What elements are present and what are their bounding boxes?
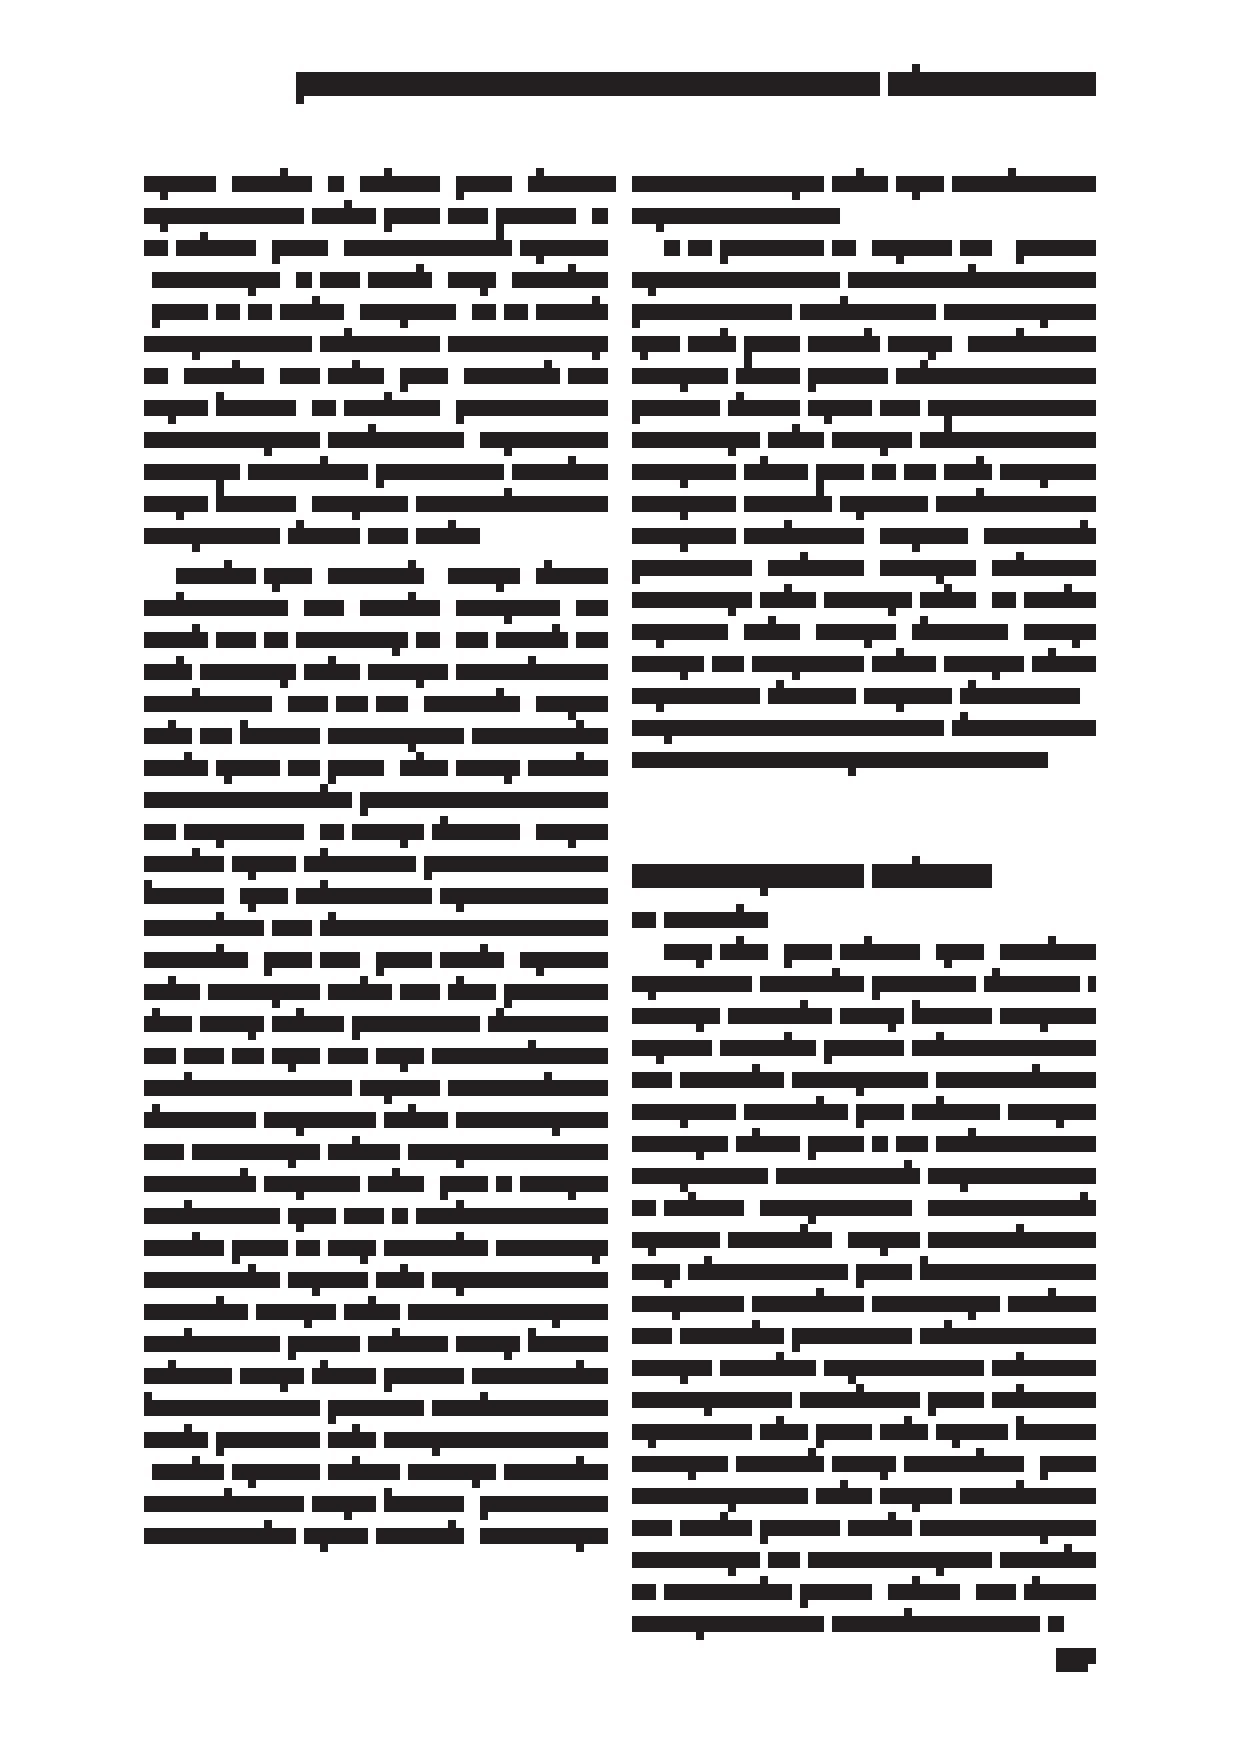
redacted-word xyxy=(408,1464,496,1480)
glyph-block xyxy=(912,1576,920,1584)
redacted-word xyxy=(456,600,560,616)
redacted-word xyxy=(248,304,272,320)
redacted-word xyxy=(824,1360,984,1376)
glyph-block xyxy=(840,296,848,304)
text-line xyxy=(144,1336,608,1352)
redacted-word xyxy=(896,176,944,192)
redacted-word xyxy=(632,1136,728,1152)
glyph-block xyxy=(216,392,224,400)
redacted-word xyxy=(144,208,304,224)
redacted-word xyxy=(304,1528,368,1544)
redacted-word xyxy=(296,1240,320,1256)
text-line xyxy=(632,752,1096,768)
redacted-word xyxy=(720,240,824,256)
redacted-word xyxy=(792,1072,928,1088)
text-line xyxy=(144,304,608,320)
redacted-word xyxy=(592,208,608,224)
glyph-block xyxy=(240,720,248,728)
redacted-word xyxy=(920,1520,1096,1536)
redacted-word xyxy=(480,432,608,448)
redacted-word xyxy=(328,176,344,192)
redacted-word xyxy=(144,1048,176,1064)
glyph-block xyxy=(824,416,832,424)
glyph-block xyxy=(456,1288,464,1296)
redacted-word xyxy=(880,400,920,416)
redacted-word xyxy=(632,1296,744,1312)
glyph-block xyxy=(416,680,424,688)
text-line xyxy=(144,952,608,968)
redacted-word xyxy=(296,888,432,904)
redacted-word xyxy=(144,888,224,904)
redacted-word xyxy=(728,1008,832,1024)
glyph-block xyxy=(1064,1544,1072,1552)
glyph-block xyxy=(576,1544,584,1552)
glyph-block xyxy=(912,1000,920,1008)
glyph-block xyxy=(880,448,888,456)
glyph-block xyxy=(800,552,808,560)
redacted-word xyxy=(344,1304,400,1320)
text-line xyxy=(632,1616,1096,1632)
redacted-word xyxy=(240,1368,304,1384)
redacted-word xyxy=(744,624,800,640)
redacted-word xyxy=(416,632,440,648)
redacted-word xyxy=(632,432,760,448)
redacted-word xyxy=(288,528,360,544)
redacted-word xyxy=(808,336,880,352)
glyph-block xyxy=(680,1184,688,1192)
text-line xyxy=(632,560,1096,576)
glyph-block xyxy=(680,480,688,488)
redacted-word xyxy=(200,664,296,680)
text-line xyxy=(144,1464,608,1480)
glyph-block xyxy=(576,752,584,760)
redacted-word xyxy=(504,304,528,320)
glyph-block xyxy=(168,1360,176,1368)
glyph-block xyxy=(816,1288,824,1296)
glyph-block xyxy=(192,848,200,856)
redacted-word xyxy=(784,944,832,960)
glyph-block xyxy=(304,1320,312,1328)
redacted-word xyxy=(312,400,336,416)
redacted-word xyxy=(328,1048,368,1064)
redacted-word xyxy=(456,632,488,648)
redacted-word xyxy=(744,1104,848,1120)
glyph-block xyxy=(728,1504,736,1512)
glyph-block xyxy=(168,720,176,728)
text-line xyxy=(144,464,608,480)
glyph-block xyxy=(1072,640,1080,648)
redacted-word xyxy=(280,368,320,384)
glyph-block xyxy=(928,1408,936,1416)
redacted-word xyxy=(144,528,280,544)
glyph-block xyxy=(992,672,1000,680)
redacted-word xyxy=(632,912,656,928)
redacted-word xyxy=(272,1016,344,1032)
glyph-block xyxy=(960,712,968,720)
glyph-block xyxy=(936,576,944,584)
text-line xyxy=(632,1296,1096,1312)
glyph-block xyxy=(392,648,400,656)
glyph-block xyxy=(480,944,488,952)
glyph-block xyxy=(912,1504,920,1512)
glyph-block xyxy=(480,288,488,296)
text-line xyxy=(632,1552,1096,1568)
glyph-block xyxy=(264,1520,272,1528)
redacted-word xyxy=(456,664,608,680)
redacted-word xyxy=(632,1424,752,1440)
glyph-block xyxy=(312,296,320,304)
glyph-block xyxy=(568,840,576,848)
redacted-word xyxy=(144,856,224,872)
glyph-block xyxy=(680,384,688,392)
redacted-word xyxy=(424,696,520,712)
redacted-word xyxy=(144,632,208,648)
redacted-word xyxy=(872,464,896,480)
glyph-block xyxy=(680,1120,688,1128)
glyph-block xyxy=(456,976,464,984)
redacted-word xyxy=(632,336,680,352)
glyph-block xyxy=(384,1096,392,1104)
redacted-word xyxy=(144,1528,296,1544)
redacted-word xyxy=(360,304,456,320)
glyph-block xyxy=(720,256,728,264)
glyph-block xyxy=(216,912,224,920)
glyph-block xyxy=(360,1256,368,1264)
page-number-text: [illegible page number] xyxy=(1056,1648,1057,1649)
glyph-block xyxy=(864,640,872,648)
text-line xyxy=(144,1144,608,1160)
glyph-block xyxy=(592,1256,600,1264)
redacted-word xyxy=(448,1080,608,1096)
glyph-block xyxy=(816,488,824,496)
glyph-block xyxy=(216,488,224,496)
glyph-block xyxy=(888,608,896,616)
glyph-block xyxy=(896,256,904,264)
text-line xyxy=(632,1392,1096,1408)
redacted-word xyxy=(920,592,976,608)
redacted-word xyxy=(384,208,440,224)
redacted-word xyxy=(632,1456,728,1472)
text-line xyxy=(632,464,1096,480)
glyph-block xyxy=(1016,1416,1024,1424)
redacted-word xyxy=(840,1008,904,1024)
glyph-block xyxy=(808,1152,816,1160)
glyph-block xyxy=(496,1008,504,1016)
glyph-block xyxy=(184,1072,192,1080)
glyph-block xyxy=(168,416,176,424)
glyph-block xyxy=(800,1000,808,1008)
redacted-word xyxy=(264,568,312,584)
glyph-block xyxy=(176,592,184,600)
glyph-block xyxy=(592,352,600,360)
redacted-word xyxy=(928,1168,1096,1184)
redacted-word xyxy=(144,1144,184,1160)
redacted-word xyxy=(368,1336,448,1352)
glyph-block xyxy=(144,1392,152,1400)
text-line xyxy=(632,1520,1096,1536)
glyph-block xyxy=(456,192,464,200)
glyph-block xyxy=(248,288,256,296)
redacted-word xyxy=(912,1008,992,1024)
redacted-word xyxy=(856,1104,904,1120)
text-line xyxy=(632,1040,1096,1056)
redacted-word xyxy=(216,1432,320,1448)
redacted-word xyxy=(936,1424,1008,1440)
redacted-word xyxy=(808,368,888,384)
glyph-block xyxy=(664,1280,672,1288)
redacted-word xyxy=(440,888,608,904)
glyph-block xyxy=(176,656,184,664)
redacted-word xyxy=(384,1112,448,1128)
redacted-word xyxy=(144,1272,280,1288)
text-line xyxy=(144,792,608,808)
redacted-word xyxy=(472,1368,608,1384)
glyph-block xyxy=(480,1392,488,1400)
glyph-block xyxy=(416,752,424,760)
text-line xyxy=(632,176,1096,192)
redacted-word xyxy=(376,952,432,968)
glyph-block xyxy=(480,1512,488,1520)
glyph-block xyxy=(384,1488,392,1496)
redacted-word xyxy=(928,1392,984,1408)
redacted-word xyxy=(416,528,480,544)
glyph-block xyxy=(536,256,544,264)
glyph-block xyxy=(544,1072,552,1080)
redacted-word xyxy=(872,1296,1000,1312)
glyph-block xyxy=(760,1576,768,1584)
text-line xyxy=(144,632,608,648)
glyph-block xyxy=(328,912,336,920)
redacted-word xyxy=(520,1176,608,1192)
redacted-word xyxy=(288,1272,368,1288)
redacted-word xyxy=(360,600,440,616)
redacted-word xyxy=(984,976,1080,992)
glyph-block xyxy=(944,424,952,432)
redacted-word xyxy=(528,1336,608,1352)
redacted-word xyxy=(400,984,440,1000)
glyph-block xyxy=(848,1376,856,1384)
redacted-word xyxy=(416,1208,608,1224)
redacted-word xyxy=(496,1240,608,1256)
text-line xyxy=(632,304,1096,320)
redacted-word xyxy=(632,464,736,480)
glyph-block xyxy=(816,1096,824,1104)
redacted-word xyxy=(632,208,840,224)
glyph-block xyxy=(504,1352,512,1360)
redacted-word xyxy=(944,304,1096,320)
redacted-word xyxy=(328,984,392,1000)
text-line xyxy=(144,920,608,936)
redacted-word xyxy=(632,368,728,384)
glyph-block xyxy=(968,1312,976,1320)
glyph-block xyxy=(392,1328,400,1336)
redacted-word xyxy=(1008,1104,1096,1120)
redacted-word xyxy=(1008,1296,1096,1312)
glyph-block xyxy=(936,1568,944,1576)
document-page: [illegible running header] [illegible pa… xyxy=(0,0,1240,1754)
glyph-block xyxy=(960,1184,968,1192)
glyph-block xyxy=(224,560,232,568)
redacted-word xyxy=(520,952,608,968)
redacted-word xyxy=(760,1520,840,1536)
redacted-word xyxy=(632,624,728,640)
glyph-block xyxy=(904,1160,912,1168)
glyph-block xyxy=(280,1384,288,1392)
redacted-word xyxy=(960,688,1080,704)
redacted-word xyxy=(144,760,208,776)
glyph-block xyxy=(448,520,456,528)
glyph-block xyxy=(1040,320,1048,328)
text-line xyxy=(144,1048,608,1064)
text-line xyxy=(632,1200,1096,1216)
glyph-block xyxy=(656,1056,664,1064)
redacted-word xyxy=(736,368,800,384)
glyph-block xyxy=(632,576,640,584)
redacted-word xyxy=(1000,1008,1096,1024)
redacted-word xyxy=(1048,1616,1064,1632)
glyph-block xyxy=(880,1248,888,1256)
glyph-block xyxy=(352,1424,360,1432)
redacted-word xyxy=(208,984,320,1000)
glyph-block xyxy=(1048,648,1056,656)
glyph-block xyxy=(496,584,504,592)
redacted-word xyxy=(240,728,320,744)
redacted-word xyxy=(880,1488,952,1504)
redacted-word xyxy=(152,304,208,320)
redacted-word xyxy=(144,240,168,256)
text-line xyxy=(632,1008,1096,1024)
redacted-word xyxy=(952,720,1096,736)
redacted-word xyxy=(456,176,512,192)
glyph-block xyxy=(368,424,376,432)
redacted-word xyxy=(232,176,312,192)
glyph-block xyxy=(496,224,504,232)
redacted-word xyxy=(272,920,312,936)
redacted-word xyxy=(880,1424,928,1440)
redacted-word xyxy=(144,1240,224,1256)
glyph-block xyxy=(192,624,200,632)
redacted-word xyxy=(344,400,440,416)
glyph-block xyxy=(568,456,576,464)
glyph-block xyxy=(856,168,864,176)
glyph-block xyxy=(240,1168,248,1176)
glyph-block xyxy=(224,1488,232,1496)
glyph-block xyxy=(184,752,192,760)
redacted-word xyxy=(728,1232,832,1248)
redacted-word xyxy=(456,400,608,416)
redacted-word xyxy=(328,1432,376,1448)
redacted-word xyxy=(968,336,1096,352)
redacted-word xyxy=(760,1200,912,1216)
redacted-word xyxy=(144,1496,304,1512)
glyph-block xyxy=(944,416,952,424)
glyph-block xyxy=(944,960,952,968)
glyph-block xyxy=(632,320,640,328)
redacted-word xyxy=(152,1464,224,1480)
redacted-word xyxy=(872,240,952,256)
redacted-word xyxy=(144,176,216,192)
redacted-word xyxy=(432,1272,608,1288)
glyph-block xyxy=(656,640,664,648)
glyph-block xyxy=(456,1200,464,1208)
redacted-word xyxy=(448,984,496,1000)
redacted-word xyxy=(632,1584,656,1600)
glyph-block xyxy=(272,1000,280,1008)
redacted-word xyxy=(408,1304,608,1320)
glyph-block xyxy=(328,776,336,784)
redacted-word xyxy=(144,1016,192,1032)
glyph-block xyxy=(216,1296,224,1304)
glyph-block xyxy=(864,328,872,336)
redacted-word xyxy=(216,632,256,648)
redacted-word xyxy=(920,1328,1096,1344)
redacted-word xyxy=(440,1176,488,1192)
glyph-block xyxy=(872,992,880,1000)
redacted-word xyxy=(936,1136,1096,1152)
redacted-word xyxy=(144,920,264,936)
glyph-block xyxy=(496,232,504,240)
glyph-block xyxy=(320,1360,328,1368)
glyph-block xyxy=(232,1256,240,1264)
redacted-word xyxy=(480,1528,608,1544)
glyph-block xyxy=(1016,1480,1024,1488)
glyph-block xyxy=(320,880,328,888)
glyph-block xyxy=(280,168,288,176)
glyph-block xyxy=(328,656,336,664)
glyph-block xyxy=(400,1264,408,1272)
redacted-word xyxy=(664,944,712,960)
redacted-word xyxy=(352,1016,480,1032)
text-line xyxy=(144,336,608,352)
redacted-word xyxy=(352,824,424,840)
redacted-word xyxy=(760,592,816,608)
glyph-block xyxy=(768,616,776,624)
redacted-word xyxy=(632,304,792,320)
left-column xyxy=(144,0,608,1754)
redacted-word xyxy=(744,496,832,512)
page-number: [illegible page number] xyxy=(1056,1648,1096,1672)
glyph-block xyxy=(840,1480,848,1488)
text-line xyxy=(632,496,1096,512)
redacted-word xyxy=(192,1144,320,1160)
redacted-word xyxy=(312,1368,376,1384)
redacted-word xyxy=(288,1208,336,1224)
glyph-block xyxy=(896,648,904,656)
redacted-word xyxy=(792,1328,912,1344)
glyph-block xyxy=(320,784,328,792)
redacted-word xyxy=(232,1048,264,1064)
redacted-word xyxy=(896,368,1096,384)
glyph-block xyxy=(816,480,824,488)
redacted-word xyxy=(320,952,360,968)
redacted-word xyxy=(912,1040,1096,1056)
redacted-word xyxy=(144,496,208,512)
glyph-block xyxy=(544,360,552,368)
text-line xyxy=(632,1488,1096,1504)
glyph-block xyxy=(504,616,512,624)
glyph-block xyxy=(928,352,936,360)
redacted-word xyxy=(736,1456,824,1472)
glyph-block xyxy=(184,1328,192,1336)
glyph-block xyxy=(648,1248,656,1256)
glyph-block xyxy=(776,680,784,688)
redacted-word xyxy=(984,528,1096,544)
redacted-word xyxy=(840,944,920,960)
glyph-block xyxy=(552,1320,560,1328)
glyph-block xyxy=(424,872,432,880)
redacted-word xyxy=(944,464,992,480)
glyph-block xyxy=(752,1128,760,1136)
